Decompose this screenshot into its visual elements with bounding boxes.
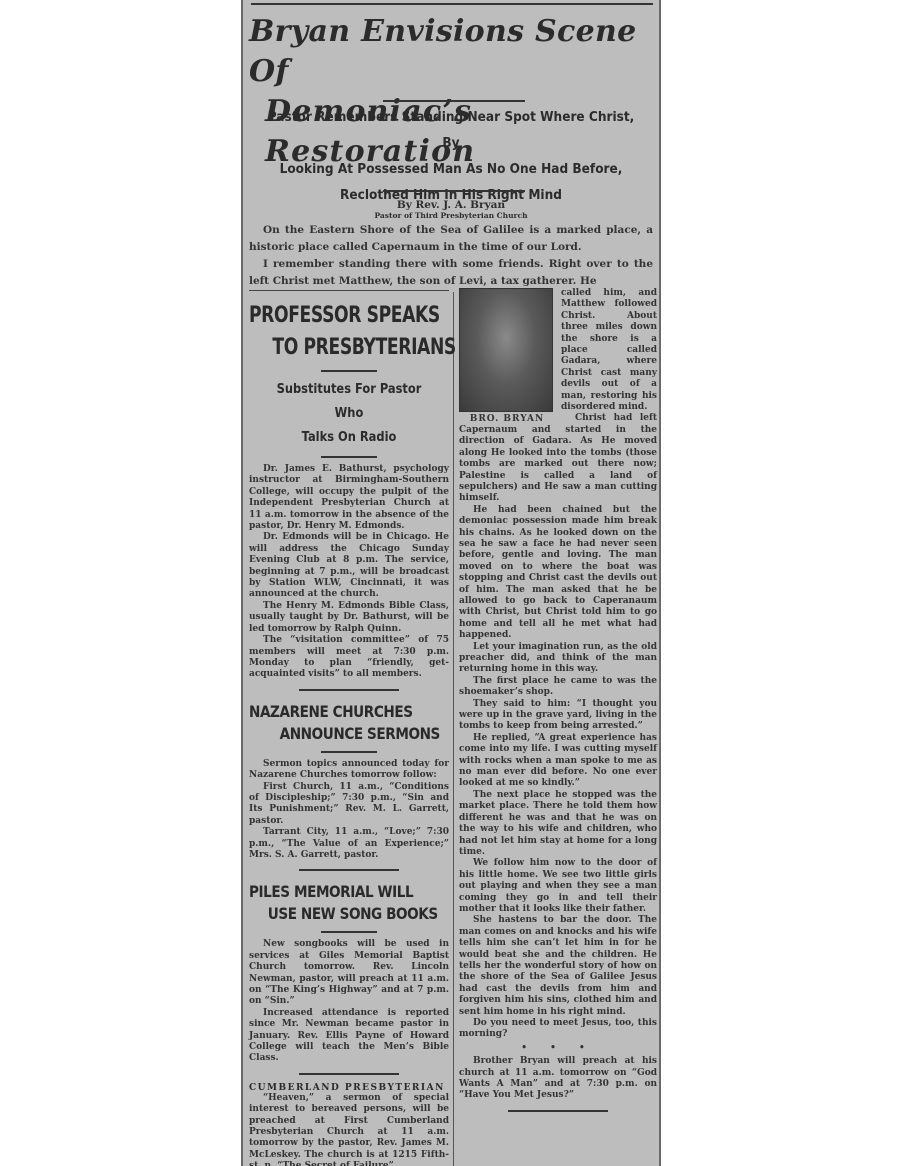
paragraph: She hastens to bar the door. The man com… <box>459 915 657 1018</box>
paragraph: Dr. James E. Bathurst, psychology instru… <box>249 464 449 532</box>
divider <box>321 751 377 753</box>
piles-headline: PILES MEMORIAL WILL USE NEW SONG BOOKS <box>249 881 419 925</box>
subhead-line-2: Talks On Radio <box>261 426 437 450</box>
paragraph: The next place he stopped was the market… <box>459 790 657 858</box>
headline-line-2: TO PRESBYTERIANS <box>249 332 405 364</box>
paragraph: Dr. Edmonds will be in Chicago. He will … <box>249 532 449 600</box>
paragraph: The “visitation committee” of 75 members… <box>249 635 449 681</box>
headline-line-1: PILES MEMORIAL WILL <box>249 881 419 903</box>
paragraph: We follow him now to the door of his lit… <box>459 858 657 915</box>
byline-title: Pastor of Third Presbyterian Church <box>243 211 659 220</box>
paragraph: First Church, 11 a.m., “Conditions of Di… <box>249 782 449 828</box>
headline-line-2: ANNOUNCE SERMONS <box>249 723 419 745</box>
paragraph: Christ had left Capernaum and started in… <box>459 413 657 504</box>
professor-headline: PROFESSOR SPEAKS TO PRESBYTERIANS <box>249 300 405 364</box>
headline-line-2: USE NEW SONG BOOKS <box>249 903 419 925</box>
photo-caption: BRO. BRYAN <box>459 414 555 425</box>
paragraph: Sermon topics announced today for Nazare… <box>249 759 449 782</box>
lead-paragraphs: On the Eastern Shore of the Sea of Galil… <box>249 222 653 290</box>
end-rule <box>508 1110 608 1112</box>
paragraph: I remember standing there with some frie… <box>249 256 653 290</box>
newspaper-clipping: Bryan Envisions Scene Of Demoniac’s Rest… <box>241 0 661 1166</box>
paragraph: Tarrant City, 11 a.m., “Love;” 7:30 p.m.… <box>249 827 449 861</box>
byline: By Rev. J. A. Bryan Pastor of Third Pres… <box>243 200 659 220</box>
paragraph: New songbooks will be used in services a… <box>249 939 449 1007</box>
cumberland-body: “Heaven,” a sermon of special interest t… <box>249 1093 449 1166</box>
closing-paragraph: Brother Bryan will preach at his church … <box>459 1056 657 1102</box>
paragraph: On the Eastern Shore of the Sea of Galil… <box>249 222 653 256</box>
paragraph: Do you need to meet Jesus, too, this mor… <box>459 1018 657 1041</box>
paragraph: The first place he came to was the shoem… <box>459 676 657 699</box>
paragraph: They said to him: “I thought you were up… <box>459 699 657 733</box>
headline-divider <box>383 100 525 102</box>
divider <box>299 1073 399 1075</box>
separator-dots: • • • <box>459 1043 657 1054</box>
right-column: BRO. BRYAN called him, and Matthew follo… <box>459 288 657 1120</box>
paragraph: “Heaven,” a sermon of special interest t… <box>249 1093 449 1166</box>
deck-line: Pastor Remembers Standing Near Spot Wher… <box>267 104 634 156</box>
paragraph: He had been chained but the demoniac pos… <box>459 505 657 642</box>
nazarene-body: Sermon topics announced today for Nazare… <box>249 759 449 862</box>
main-deck: Pastor Remembers Standing Near Spot Wher… <box>267 104 634 208</box>
nazarene-headline: NAZARENE CHURCHES ANNOUNCE SERMONS <box>249 701 419 745</box>
paragraph: Increased attendance is reported since M… <box>249 1008 449 1065</box>
piles-body: New songbooks will be used in services a… <box>249 939 449 1064</box>
top-rule <box>251 3 653 5</box>
paragraph: The Henry M. Edmonds Bible Class, usuall… <box>249 601 449 635</box>
headline-line-1: PROFESSOR SPEAKS <box>249 300 405 332</box>
deck-line: Looking At Possessed Man As No One Had B… <box>267 156 634 182</box>
column-top-rule <box>249 290 449 291</box>
byline-author: By Rev. J. A. Bryan <box>397 199 505 211</box>
subhead-line-1: Substitutes For Pastor Who <box>261 378 437 426</box>
divider <box>321 456 377 458</box>
portrait-image <box>459 288 553 412</box>
divider <box>321 931 377 933</box>
paragraph: He replied, “A great experience has come… <box>459 733 657 790</box>
divider <box>299 869 399 871</box>
divider <box>321 370 377 372</box>
headline-line-1: Bryan Envisions Scene Of <box>249 14 636 89</box>
portrait-photo: BRO. BRYAN <box>459 288 555 422</box>
paragraph: Let your imagination run, as the old pre… <box>459 642 657 676</box>
divider <box>299 689 399 691</box>
left-column: PROFESSOR SPEAKS TO PRESBYTERIANS Substi… <box>249 292 449 1166</box>
professor-body: Dr. James E. Bathurst, psychology instru… <box>249 464 449 681</box>
deck-divider <box>383 190 525 192</box>
professor-subhead: Substitutes For Pastor Who Talks On Radi… <box>261 378 437 450</box>
column-divider <box>453 292 454 1166</box>
headline-line-1: NAZARENE CHURCHES <box>249 701 419 723</box>
cumberland-headline: CUMBERLAND PRESBYTERIAN <box>249 1083 449 1093</box>
